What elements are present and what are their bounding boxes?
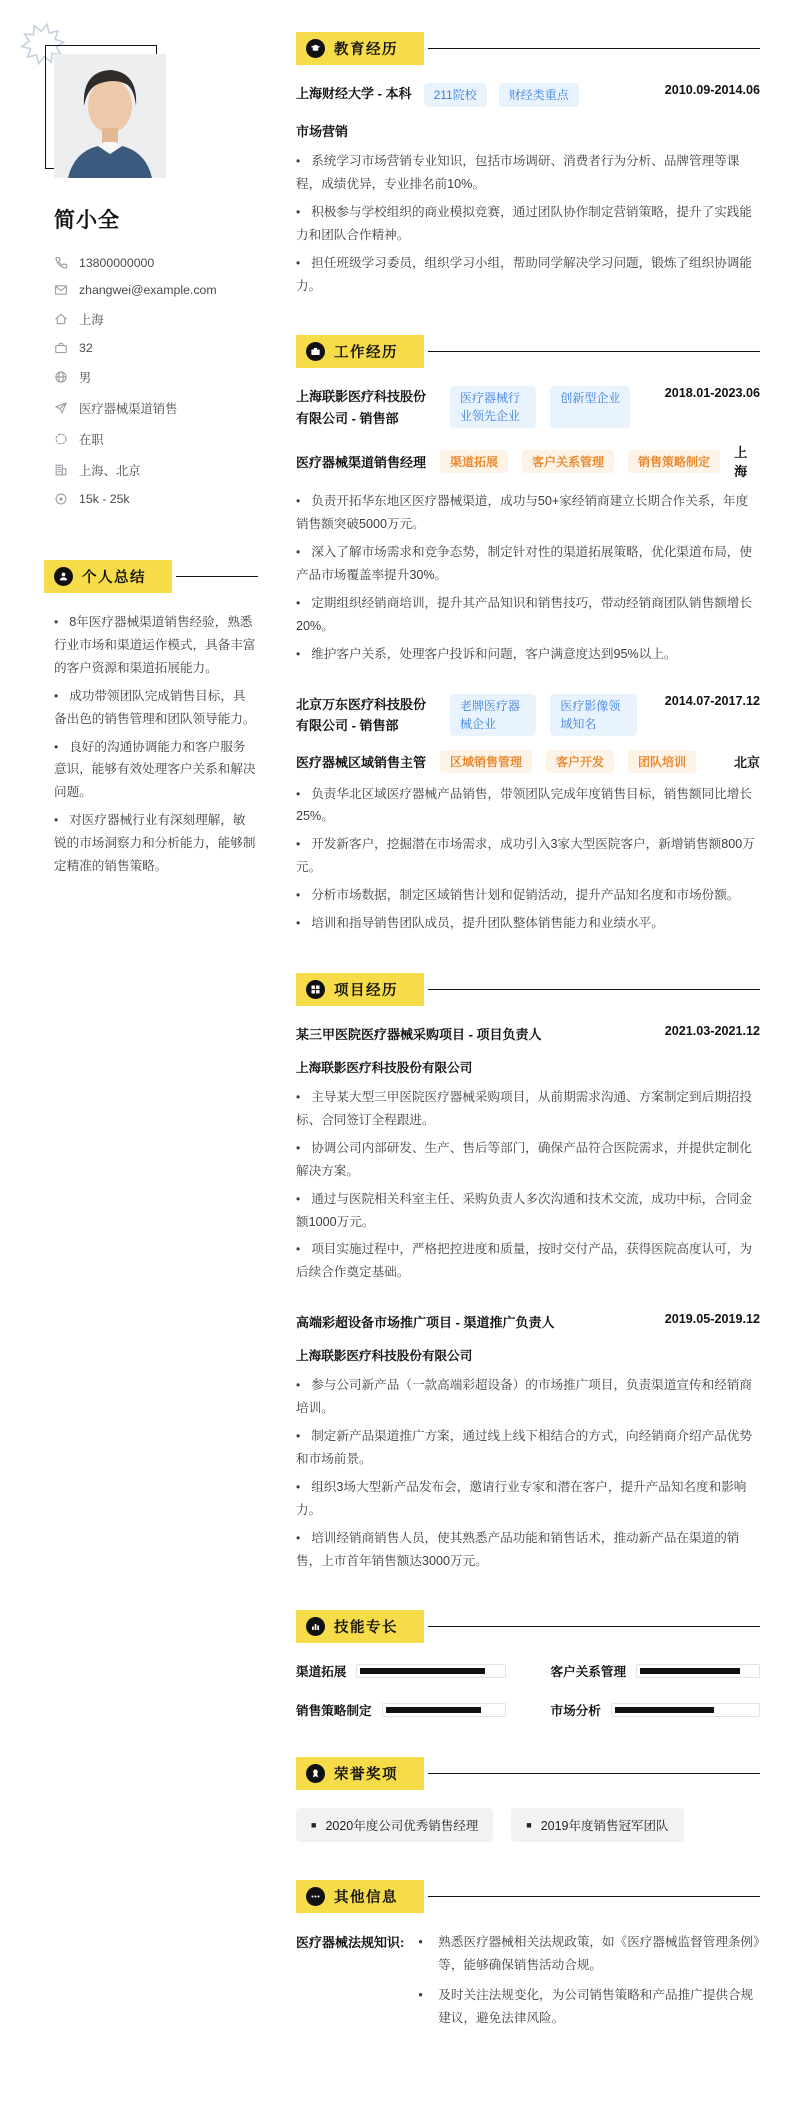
bullet-dot: • (296, 888, 300, 902)
contact-text: 15k - 25k (79, 492, 130, 506)
skill-label: 客户关系管理 (551, 1661, 627, 1680)
project-entry: 高端彩超设备市场推广项目 - 渠道推广负责人 2019.05-2019.12 上… (296, 1312, 760, 1572)
status-icon (54, 432, 68, 446)
bullet-item: •培训和指导销售团队成员，提升团队整体销售能力和业绩水平。 (296, 912, 760, 935)
contact-text: 32 (79, 341, 93, 355)
project-head: 某三甲医院医疗器械采购项目 - 项目负责人 2021.03-2021.12 (296, 1024, 760, 1043)
project-company: 上海联影医疗科技股份有限公司 (296, 1057, 760, 1076)
bullet-dot: • (296, 205, 300, 219)
bullet-dot: • (296, 1242, 300, 1256)
header-rule (428, 1773, 760, 1774)
bullet-item: •协调公司内部研发、生产、售后等部门，确保产品符合医院需求，并提供定制化解决方案… (296, 1137, 760, 1183)
skills-section-header: 技能专长 (296, 1610, 760, 1643)
company-tag: 医疗影像领域知名 (550, 694, 636, 736)
work-section-header: 工作经历 (296, 335, 760, 368)
honor-text: 2020年度公司优秀销售经理 (325, 1816, 478, 1834)
job-date: 2014.07-2017.12 (665, 694, 760, 708)
bullet-item: •维护客户关系，处理客户投诉和问题，客户满意度达到95%以上。 (296, 643, 760, 666)
honors-section-header: 荣誉奖项 (296, 1757, 760, 1790)
other-section-header: 其他信息 (296, 1880, 760, 1913)
bullet-item: •组织3场大型新产品发布会，邀请行业专家和潜在客户，提升产品知名度和影响力。 (296, 1476, 760, 1522)
bullet-dot: • (296, 1192, 300, 1206)
briefcase-badge-icon (306, 342, 325, 361)
contact-text: 男 (79, 368, 91, 386)
sidebar: 简小全 13800000000 zhangwei@example.com 上海 (30, 28, 258, 2075)
bullet-item: •定期组织经销商培训，提升其产品知识和销售技巧，带动经销商团队销售额增长20%。 (296, 592, 760, 638)
header-rule (428, 1896, 760, 1897)
job-date: 2018.01-2023.06 (665, 386, 760, 400)
contact-text: 医疗器械渠道销售 (79, 399, 177, 417)
bullet-dot: • (296, 837, 300, 851)
company-tag: 老牌医疗器械企业 (450, 694, 536, 736)
skill-item: 市场分析 (551, 1700, 761, 1719)
bullet-dot: • (296, 1480, 300, 1494)
education-section-header: 教育经历 (296, 32, 760, 65)
person-icon (54, 567, 73, 586)
bullet-item: •良好的沟通协调能力和客户服务意识，能够有效处理客户关系和解决问题。 (54, 736, 258, 805)
projects-title: 项目经历 (334, 979, 398, 1000)
bullet-item: •系统学习市场营销专业知识，包括市场调研、消费者行为分析、品牌管理等课程，成绩优… (296, 150, 760, 196)
bullet-item: •成功带领团队完成销售目标，具备出色的销售管理和团队领导能力。 (54, 685, 258, 731)
target-icon (54, 492, 68, 506)
education-major: 市场营销 (296, 121, 760, 140)
briefcase-icon (54, 341, 68, 355)
bar-chart-icon (306, 1617, 325, 1636)
summary-bullets: •8年医疗器械渠道销售经验，熟悉行业市场和渠道运作模式，具备丰富的客户资源和渠道… (54, 611, 258, 878)
contact-list: 13800000000 zhangwei@example.com 上海 32 (54, 256, 258, 506)
school-tag: 211院校 (424, 83, 487, 107)
bullet-dot: • (296, 916, 300, 930)
bullet-dot: • (418, 1984, 422, 2007)
profile-photo-block (54, 54, 166, 178)
projects-section-header: 项目经历 (296, 973, 760, 1006)
ellipsis-icon (306, 1887, 325, 1906)
bullet-dot: • (54, 740, 58, 754)
skill-bar-track (636, 1664, 760, 1678)
education-entry-head: 上海财经大学 - 本科 211院校 财经类重点 2010.09-2014.06 (296, 83, 760, 107)
skill-bar-track (382, 1703, 506, 1717)
home-icon (54, 312, 68, 326)
education-section: 教育经历 上海财经大学 - 本科 211院校 财经类重点 2010.09-201… (296, 32, 760, 297)
header-rule (428, 1626, 760, 1627)
project-entry: 某三甲医院医疗器械采购项目 - 项目负责人 2021.03-2021.12 上海… (296, 1024, 760, 1284)
bullet-item: •通过与医院相关科室主任、采购负责人多次沟通和技术交流，成功中标，合同金额100… (296, 1188, 760, 1234)
company-tags: 老牌医疗器械企业 医疗影像领域知名 (450, 694, 651, 736)
skill-item: 渠道拓展 (296, 1661, 506, 1680)
bullet-dot: • (296, 256, 300, 270)
contact-status: 在职 (54, 430, 258, 448)
bullet-item: •对医疗器械行业有深刻理解，敏锐的市场洞察力和分析能力，能够制定精准的销售策略。 (54, 809, 258, 878)
bullet-dot: • (296, 1531, 300, 1545)
square-bullet-icon: ■ (311, 1821, 316, 1830)
building-icon (54, 463, 68, 477)
summary-title: 个人总结 (82, 566, 146, 587)
avatar (54, 54, 166, 178)
send-icon (54, 401, 68, 415)
bullet-dot: • (296, 1141, 300, 1155)
bullet-dot: • (296, 596, 300, 610)
bullet-item: •制定新产品渠道推广方案，通过线上线下相结合的方式，向经销商介绍产品优势和市场前… (296, 1425, 760, 1471)
bullet-item: •积极参与学校组织的商业模拟竞赛，通过团队协作制定营销策略，提升了实践能力和团队… (296, 201, 760, 247)
contact-text: zhangwei@example.com (79, 283, 217, 297)
honor-list: ■ 2020年度公司优秀销售经理 ■ 2019年度销售冠军团队 (296, 1808, 760, 1842)
contact-gender: 男 (54, 368, 258, 386)
main-column: 教育经历 上海财经大学 - 本科 211院校 财经类重点 2010.09-201… (296, 28, 760, 2075)
honors-header-badge: 荣誉奖项 (296, 1757, 424, 1790)
work-entry: 上海联影医疗科技股份有限公司 - 销售部 医疗器械行业领先企业 创新型企业 20… (296, 386, 760, 665)
bullet-dot: • (296, 647, 300, 661)
contact-age: 32 (54, 341, 258, 355)
bullet-dot: • (418, 1931, 422, 1954)
resume-page: 简小全 13800000000 zhangwei@example.com 上海 (0, 0, 794, 2115)
role-name: 医疗器械区域销售主管 (296, 752, 426, 771)
project-head: 高端彩超设备市场推广项目 - 渠道推广负责人 2019.05-2019.12 (296, 1312, 760, 1331)
bullet-item: •主导某大型三甲医院医疗器械采购项目，从前期需求沟通、方案制定到后期招投标、合同… (296, 1086, 760, 1132)
bullet-item: •8年医疗器械渠道销售经验，熟悉行业市场和渠道运作模式，具备丰富的客户资源和渠道… (54, 611, 258, 680)
skill-item: 客户关系管理 (551, 1661, 761, 1680)
project-company: 上海联影医疗科技股份有限公司 (296, 1345, 760, 1364)
grid-icon (306, 980, 325, 999)
bullet-dot: • (54, 813, 58, 827)
bullet-item: •负责华北区域医疗器械产品销售，带领团队完成年度销售目标，销售额同比增长25%。 (296, 783, 760, 829)
other-header-badge: 其他信息 (296, 1880, 424, 1913)
square-bullet-icon: ■ (526, 1821, 531, 1830)
bullet-item: •培训经销商销售人员，使其熟悉产品功能和销售话术，推动新产品在渠道的销售，上市首… (296, 1527, 760, 1573)
projects-section: 项目经历 某三甲医院医疗器械采购项目 - 项目负责人 2021.03-2021.… (296, 973, 760, 1573)
project-bullets: •参与公司新产品（一款高端彩超设备）的市场推广项目，负责渠道宣传和经销商培训。 … (296, 1374, 760, 1572)
skill-label: 销售策略制定 (296, 1700, 372, 1719)
honors-title: 荣誉奖项 (334, 1763, 398, 1784)
school-name: 上海财经大学 - 本科 (296, 83, 412, 102)
bullet-item: •担任班级学习委员，组织学习小组，帮助同学解决学习问题，锻炼了组织协调能力。 (296, 252, 760, 298)
skill-bar-fill (386, 1707, 481, 1713)
bullet-item: •项目实施过程中，严格把控进度和质量，按时交付产品，获得医院高度认可，为后续合作… (296, 1238, 760, 1284)
contact-text: 在职 (79, 430, 104, 448)
role-tag: 客户开发 (546, 750, 614, 773)
job-head: 北京万东医疗科技股份有限公司 - 销售部 老牌医疗器械企业 医疗影像领域知名 2… (296, 694, 760, 737)
contact-target-cities: 上海、北京 (54, 461, 258, 479)
school-tag: 财经类重点 (499, 83, 579, 107)
bullet-item: •参与公司新产品（一款高端彩超设备）的市场推广项目，负责渠道宣传和经销商培训。 (296, 1374, 760, 1420)
role-tag: 区域销售管理 (440, 750, 532, 773)
project-name: 高端彩超设备市场推广项目 - 渠道推广负责人 (296, 1312, 555, 1331)
contact-text: 上海、北京 (79, 461, 141, 479)
phone-icon (54, 256, 68, 270)
skill-item: 销售策略制定 (296, 1700, 506, 1719)
bullet-dot: • (54, 615, 58, 629)
projects-header-badge: 项目经历 (296, 973, 424, 1006)
project-date: 2019.05-2019.12 (665, 1312, 760, 1326)
summary-header-badge: 个人总结 (44, 560, 172, 593)
education-title: 教育经历 (334, 38, 398, 59)
bullet-dot: • (296, 494, 300, 508)
contact-salary: 15k - 25k (54, 492, 258, 506)
header-rule (428, 48, 760, 49)
job-bullets: •负责开拓华东地区医疗器械渠道，成功与50+家经销商建立长期合作关系，年度销售额… (296, 490, 760, 665)
work-section: 工作经历 上海联影医疗科技股份有限公司 - 销售部 医疗器械行业领先企业 创新型… (296, 335, 760, 935)
header-rule (428, 989, 760, 990)
skills-title: 技能专长 (334, 1616, 398, 1637)
job-location: 上海 (734, 442, 760, 480)
company-name: 上海联影医疗科技股份有限公司 - 销售部 (296, 386, 436, 429)
contact-email: zhangwei@example.com (54, 283, 258, 297)
bullet-dot: • (296, 1090, 300, 1104)
bullet-item: •深入了解市场需求和竞争态势，制定针对性的渠道拓展策略，优化渠道布局，使产品市场… (296, 541, 760, 587)
role-tag: 团队培训 (628, 750, 696, 773)
skill-label: 渠道拓展 (296, 1661, 346, 1680)
mail-icon (54, 283, 68, 297)
bullet-item: •及时关注法规变化，为公司销售策略和产品推广提供合规建议，避免法律风险。 (414, 1984, 760, 2030)
header-rule (176, 576, 258, 577)
contact-city: 上海 (54, 310, 258, 328)
contact-text: 上海 (79, 310, 104, 328)
contact-text: 13800000000 (79, 256, 154, 270)
other-info-row: 医疗器械法规知识: •熟悉医疗器械相关法规政策，如《医疗器械监督管理条例》等，能… (296, 1931, 760, 2037)
graduation-cap-icon (306, 39, 325, 58)
bullet-dot: • (296, 154, 300, 168)
skill-bar-fill (640, 1668, 740, 1674)
bullet-dot: • (296, 787, 300, 801)
company-tag: 医疗器械行业领先企业 (450, 386, 536, 428)
bullet-item: •熟悉医疗器械相关法规政策，如《医疗器械监督管理条例》等，能够确保销售活动合规。 (414, 1931, 760, 1977)
other-info-label: 医疗器械法规知识: (296, 1931, 404, 2037)
bullet-dot: • (54, 689, 58, 703)
work-title: 工作经历 (334, 341, 398, 362)
bullet-dot: • (296, 545, 300, 559)
honors-section: 荣誉奖项 ■ 2020年度公司优秀销售经理 ■ 2019年度销售冠军团队 (296, 1757, 760, 1842)
company-tag: 创新型企业 (550, 386, 630, 428)
other-title: 其他信息 (334, 1886, 398, 1907)
company-name: 北京万东医疗科技股份有限公司 - 销售部 (296, 694, 436, 737)
bullet-dot: • (296, 1378, 300, 1392)
candidate-name: 简小全 (54, 204, 258, 234)
skills-grid: 渠道拓展 客户关系管理 销售策略制定 市场分析 (296, 1661, 760, 1719)
skill-label: 市场分析 (551, 1700, 601, 1719)
skills-section: 技能专长 渠道拓展 客户关系管理 销售策略制定 市场分析 (296, 1610, 760, 1719)
honor-badge: ■ 2020年度公司优秀销售经理 (296, 1808, 493, 1842)
honor-badge: ■ 2019年度销售冠军团队 (511, 1808, 683, 1842)
education-header-badge: 教育经历 (296, 32, 424, 65)
globe-icon (54, 370, 68, 384)
education-bullets: •系统学习市场营销专业知识，包括市场调研、消费者行为分析、品牌管理等课程，成绩优… (296, 150, 760, 297)
work-header-badge: 工作经历 (296, 335, 424, 368)
medal-icon (306, 1764, 325, 1783)
job-head: 上海联影医疗科技股份有限公司 - 销售部 医疗器械行业领先企业 创新型企业 20… (296, 386, 760, 429)
role-row: 医疗器械区域销售主管 区域销售管理 客户开发 团队培训 北京 (296, 750, 760, 773)
role-row: 医疗器械渠道销售经理 渠道拓展 客户关系管理 销售策略制定 上海 (296, 442, 760, 480)
header-rule (428, 351, 760, 352)
job-bullets: •负责华北区域医疗器械产品销售，带领团队完成年度销售目标，销售额同比增长25%。… (296, 783, 760, 935)
summary-section-header: 个人总结 (44, 560, 258, 593)
other-bullets: •熟悉医疗器械相关法规政策，如《医疗器械监督管理条例》等，能够确保销售活动合规。… (414, 1931, 760, 2037)
role-tag: 客户关系管理 (522, 450, 614, 473)
project-name: 某三甲医院医疗器械采购项目 - 项目负责人 (296, 1024, 542, 1043)
job-location: 北京 (734, 752, 760, 771)
project-date: 2021.03-2021.12 (665, 1024, 760, 1038)
contact-job-intent: 医疗器械渠道销售 (54, 399, 258, 417)
other-section: 其他信息 医疗器械法规知识: •熟悉医疗器械相关法规政策，如《医疗器械监督管理条… (296, 1880, 760, 2037)
bullet-dot: • (296, 1429, 300, 1443)
company-tags: 医疗器械行业领先企业 创新型企业 (450, 386, 651, 428)
bullet-item: •分析市场数据，制定区域销售计划和促销活动，提升产品知名度和市场份额。 (296, 884, 760, 907)
skill-bar-fill (615, 1707, 714, 1713)
bullet-item: •负责开拓华东地区医疗器械渠道，成功与50+家经销商建立长期合作关系，年度销售额… (296, 490, 760, 536)
education-date: 2010.09-2014.06 (665, 83, 760, 97)
work-entry: 北京万东医疗科技股份有限公司 - 销售部 老牌医疗器械企业 医疗影像领域知名 2… (296, 694, 760, 935)
bullet-item: •开发新客户，挖掘潜在市场需求，成功引入3家大型医院客户，新增销售额800万元。 (296, 833, 760, 879)
contact-phone: 13800000000 (54, 256, 258, 270)
role-tag: 销售策略制定 (628, 450, 720, 473)
role-tag: 渠道拓展 (440, 450, 508, 473)
honor-text: 2019年度销售冠军团队 (541, 1816, 669, 1834)
skill-bar-track (611, 1703, 760, 1717)
skills-header-badge: 技能专长 (296, 1610, 424, 1643)
skill-bar-track (356, 1664, 505, 1678)
role-name: 医疗器械渠道销售经理 (296, 452, 426, 471)
project-bullets: •主导某大型三甲医院医疗器械采购项目，从前期需求沟通、方案制定到后期招投标、合同… (296, 1086, 760, 1284)
skill-bar-fill (360, 1668, 484, 1674)
